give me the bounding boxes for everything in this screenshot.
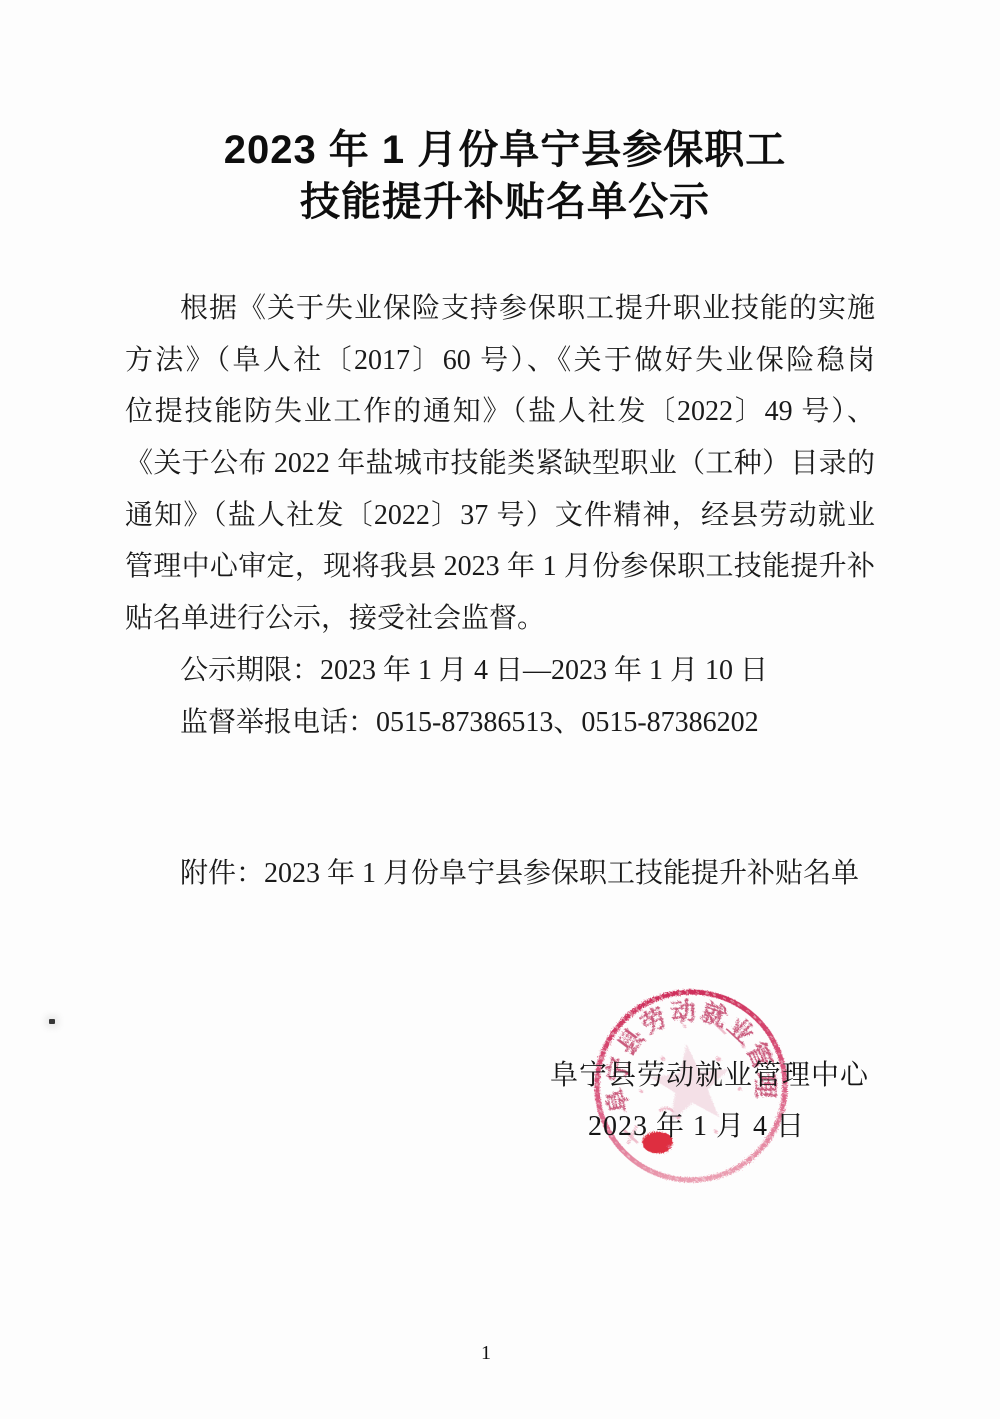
document-title: 2023 年 1 月份阜宁县参保职工 技能提升补贴名单公示	[0, 124, 1000, 228]
document-title-line2: 技能提升补贴名单公示	[0, 176, 1000, 228]
page-number: 1	[0, 1341, 972, 1365]
document-title-line1: 2023 年 1 月份阜宁县参保职工	[0, 124, 1000, 176]
scan-artifact-dot	[49, 1019, 55, 1024]
body-line: 位提技能防失业工作的通知》（盐人社发〔2022〕49 号）、	[125, 386, 875, 438]
scanned-document-page: 2023 年 1 月份阜宁县参保职工 技能提升补贴名单公示 根据《关于失业保险支…	[0, 0, 1000, 1419]
signature-date: 2023 年 1 月 4 日	[588, 1101, 805, 1153]
signature-organization: 阜宁县劳动就业管理中心	[550, 1050, 869, 1102]
body-line: 管理中心审定，现将我县 2023 年 1 月份参保职工技能提升补	[125, 541, 875, 593]
body-line: 贴名单进行公示，接受社会监督。	[125, 593, 875, 645]
body-line: 方法》（阜人社〔2017〕60 号）、《关于做好失业保险稳岗	[125, 335, 875, 387]
document-body: 根据《关于失业保险支持参保职工提升职业技能的实施 方法》（阜人社〔2017〕60…	[125, 283, 875, 748]
publicity-period-line: 公示期限：2023 年 1 月 4 日—2023 年 1 月 10 日	[125, 645, 875, 697]
body-line: 根据《关于失业保险支持参保职工提升职业技能的实施	[125, 283, 875, 335]
body-line: 《关于公布 2022 年盐城市技能类紧缺型职业（工种）目录的	[125, 438, 875, 490]
report-phone-line: 监督举报电话：0515-87386513、0515-87386202	[125, 697, 875, 749]
body-line: 通知》（盐人社发〔2022〕37 号）文件精神，经县劳动就业	[125, 490, 875, 542]
attachment-line: 附件：2023 年 1 月份阜宁县参保职工技能提升补贴名单	[125, 848, 925, 900]
